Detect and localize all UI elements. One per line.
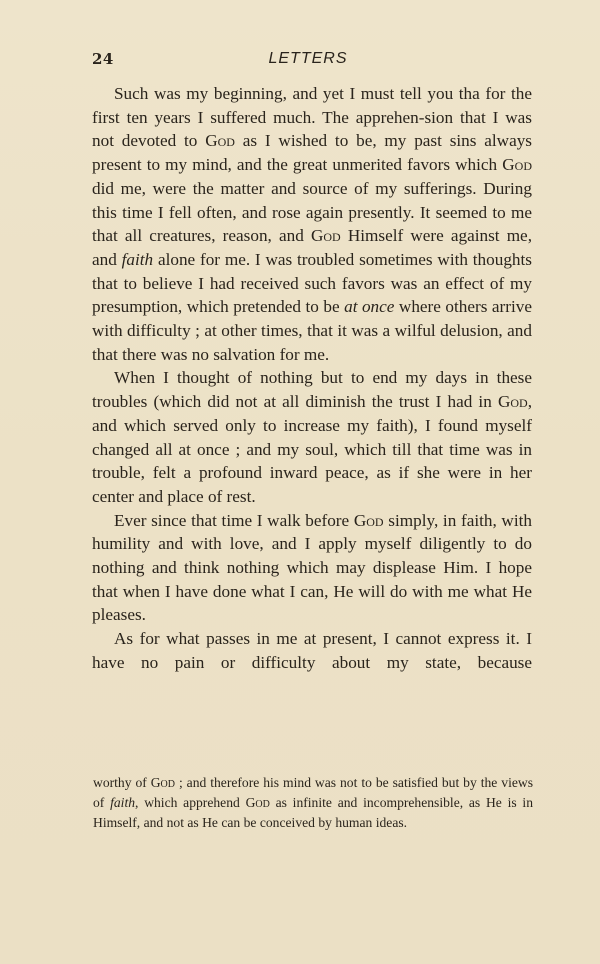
paragraph-3: Ever since that time I walk before God s… xyxy=(92,509,532,628)
paragraph-4: As for what passes in me at present, I c… xyxy=(92,627,532,674)
divine-name: God xyxy=(311,226,341,245)
emphasis-faith: faith xyxy=(110,795,135,810)
divine-name: God xyxy=(151,775,175,790)
footnote-text: worthy of God ; and therefore his mind w… xyxy=(93,773,533,833)
divine-name: God xyxy=(498,392,528,411)
paragraph-2: When I thought of nothing but to end my … xyxy=(92,366,532,508)
body-text: Such was my beginning, and yet I must te… xyxy=(92,82,532,675)
divine-name: God xyxy=(246,795,270,810)
divine-name: God xyxy=(354,511,384,530)
emphasis-at-once: at once xyxy=(344,297,394,316)
book-page: 24 LETTERS Such was my beginning, and ye… xyxy=(0,0,600,964)
footnote: worthy of God ; and therefore his mind w… xyxy=(93,773,533,833)
running-head: 24 LETTERS xyxy=(92,50,514,74)
running-title: LETTERS xyxy=(92,50,514,68)
divine-name: God xyxy=(502,155,532,174)
paragraph-1: Such was my beginning, and yet I must te… xyxy=(92,82,532,366)
emphasis-faith: faith xyxy=(122,250,154,269)
divine-name: God xyxy=(205,131,235,150)
